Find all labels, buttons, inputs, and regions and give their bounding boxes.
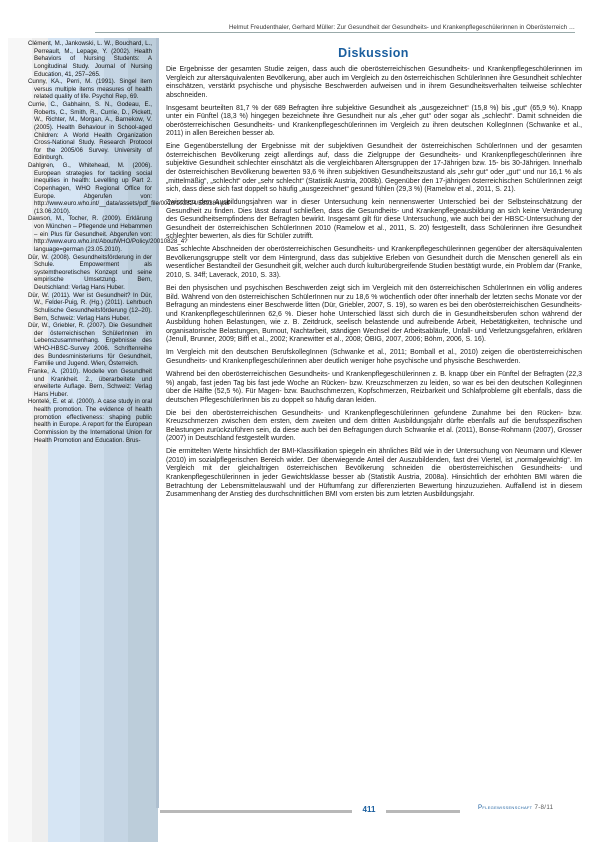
- journal-footer: Pflegewissenschaft 7-8/11: [478, 804, 553, 811]
- reference-item: Dahlgren, G., Whitehead, M. (2006). Euro…: [28, 162, 152, 215]
- reference-item: Clément, M., Jankowski, L. W., Bouchard,…: [28, 40, 152, 78]
- reference-item: Dawson, M., Tocher, R. (2009). Erklärung…: [28, 215, 152, 253]
- reference-item: Currie, C., Gabhainn, S. N., Godeau, E.,…: [28, 101, 152, 162]
- reference-item: Cunny, KA., Perri, M. (1991). Singel ite…: [28, 78, 152, 101]
- paragraph: Die bei den oberösterreichischen Gesundh…: [166, 410, 582, 444]
- paragraph: Das schlechte Abschneiden der oberösterr…: [166, 246, 582, 280]
- reference-item: Dür, W. (2011). Wer ist Gesundheit? In D…: [28, 292, 152, 323]
- reference-item: Dür, W., Griebler, R. (2007). Die Gesund…: [28, 322, 152, 368]
- journal-name: Pflegewissenschaft: [478, 804, 532, 811]
- paragraph: Die ermittelten Werte hinsichtlich der B…: [166, 448, 582, 499]
- section-heading: Diskussion: [166, 46, 581, 60]
- footer-rule: [160, 810, 460, 813]
- paragraph: Bei den physischen und psychischen Besch…: [166, 285, 582, 345]
- paragraph: Im Vergleich mit den deutschen Berufskol…: [166, 349, 582, 366]
- main-body-text: Die Ergebnisse der gesamten Studie zeige…: [166, 66, 582, 504]
- reference-item: Dür, W. (2008). Gesundheitsförderung in …: [28, 254, 152, 292]
- sidebar-edge: [156, 38, 159, 808]
- paragraph: Zwischen den Ausbildungsjahren war in di…: [166, 199, 582, 242]
- running-head: Helmut Freudenthaler, Gerhard Müller: Zu…: [95, 24, 575, 33]
- page-number: 411: [352, 803, 386, 816]
- reference-item: Franke, A. (2010). Modelle von Gesundhei…: [28, 368, 152, 399]
- paragraph: Während bei den oberösterreichischen Ges…: [166, 371, 582, 405]
- paragraph: Insgesamt beurteilten 81,7 % der 689 Bef…: [166, 105, 582, 139]
- journal-issue: 7-8/11: [534, 804, 553, 811]
- paragraph: Eine Gegenüberstellung der Ergebnisse mi…: [166, 143, 582, 194]
- reference-item: Hontelé, E. et al. (2000). A case study …: [28, 398, 152, 444]
- reference-list: Clément, M., Jankowski, L. W., Bouchard,…: [28, 40, 152, 444]
- paragraph: Die Ergebnisse der gesamten Studie zeige…: [166, 66, 582, 100]
